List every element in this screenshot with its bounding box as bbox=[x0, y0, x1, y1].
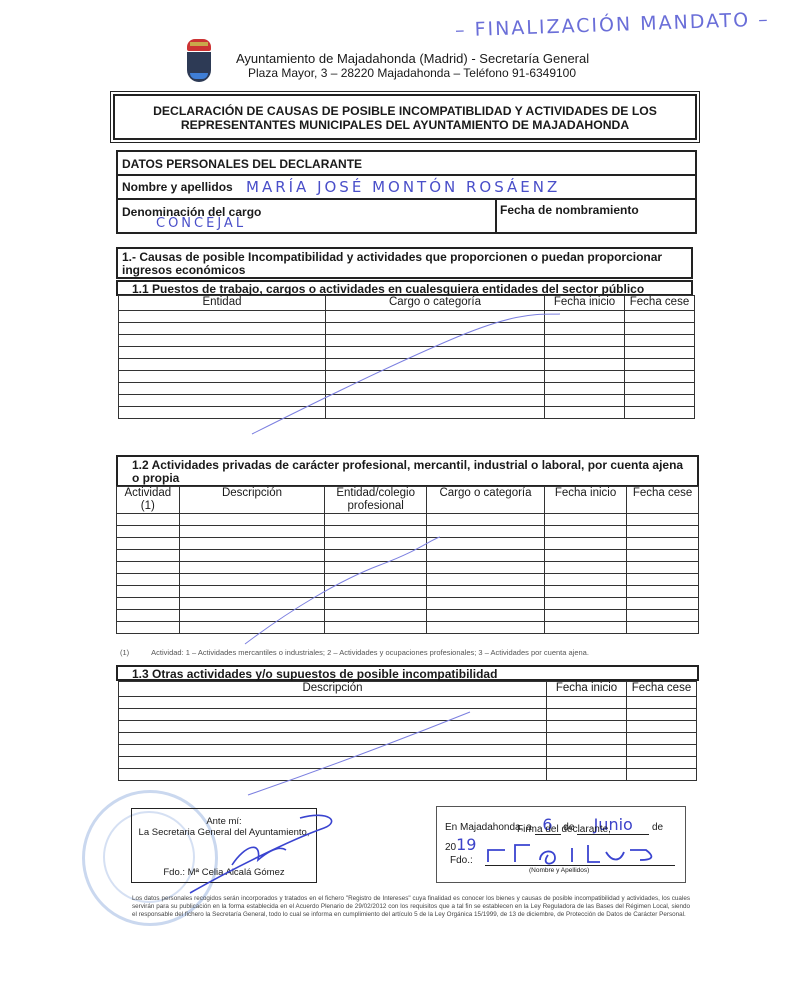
table-cell[interactable] bbox=[119, 311, 326, 323]
table-cell[interactable] bbox=[426, 550, 544, 562]
table-row bbox=[119, 383, 695, 395]
table-cell[interactable] bbox=[545, 562, 627, 574]
table-row bbox=[119, 359, 695, 371]
table-cell[interactable] bbox=[625, 383, 695, 395]
table-cell[interactable] bbox=[119, 347, 326, 359]
table-cell[interactable] bbox=[326, 383, 545, 395]
table-cell[interactable] bbox=[426, 622, 544, 634]
table-cell[interactable] bbox=[119, 395, 326, 407]
table-cell[interactable] bbox=[117, 574, 180, 586]
column-header: Entidad bbox=[119, 296, 326, 311]
table-row bbox=[119, 709, 697, 721]
table-row bbox=[119, 769, 697, 781]
table-cell[interactable] bbox=[547, 769, 627, 781]
column-header: Fecha inicio bbox=[545, 296, 625, 311]
declarant-signature-box: En Majadahonda, a 6 de Junio de 2019 Fir… bbox=[436, 806, 686, 883]
title-line-1: DECLARACIÓN DE CAUSAS DE POSIBLE INCOMPA… bbox=[115, 104, 695, 118]
table-cell[interactable] bbox=[119, 697, 547, 709]
table-cell[interactable] bbox=[325, 610, 427, 622]
table-row bbox=[117, 574, 699, 586]
table-cell[interactable] bbox=[179, 574, 325, 586]
table-cell[interactable] bbox=[547, 697, 627, 709]
table-cell[interactable] bbox=[179, 538, 325, 550]
table-cell[interactable] bbox=[545, 598, 627, 610]
table-cell[interactable] bbox=[545, 622, 627, 634]
table-cell[interactable] bbox=[326, 359, 545, 371]
table-row bbox=[119, 733, 697, 745]
table-cell[interactable] bbox=[326, 371, 545, 383]
table-cell[interactable] bbox=[545, 586, 627, 598]
table-cell[interactable] bbox=[545, 395, 625, 407]
table-cell[interactable] bbox=[426, 586, 544, 598]
column-header: Descripción bbox=[179, 487, 325, 514]
table-cell[interactable] bbox=[625, 395, 695, 407]
title-line-2: REPRESENTANTES MUNICIPALES DEL AYUNTAMIE… bbox=[115, 118, 695, 132]
table-cell[interactable] bbox=[545, 574, 627, 586]
table-row bbox=[117, 586, 699, 598]
table-row bbox=[119, 347, 695, 359]
position-field[interactable]: CONCEJAL bbox=[156, 216, 246, 231]
table-cell[interactable] bbox=[117, 598, 180, 610]
table-cell[interactable] bbox=[119, 383, 326, 395]
table-cell[interactable] bbox=[625, 335, 695, 347]
secretary-signature-box: Ante mí: La Secretaria General del Ayunt… bbox=[131, 808, 317, 883]
table-row bbox=[117, 598, 699, 610]
other-activities-table: DescripciónFecha inicioFecha cese bbox=[118, 681, 697, 781]
table-cell[interactable] bbox=[627, 514, 699, 526]
private-activities-table: Actividad (1)DescripciónEntidad/colegio … bbox=[116, 486, 699, 634]
signature-line[interactable] bbox=[485, 865, 675, 866]
year-field[interactable]: 19 bbox=[456, 835, 476, 854]
table-cell[interactable] bbox=[627, 598, 699, 610]
column-header: Fecha inicio bbox=[547, 682, 627, 697]
column-header: Actividad (1) bbox=[117, 487, 180, 514]
column-header: Fecha cese bbox=[627, 682, 697, 697]
column-header: Cargo o categoría bbox=[326, 296, 545, 311]
table-cell[interactable] bbox=[325, 526, 427, 538]
table-row bbox=[119, 407, 695, 419]
table-cell[interactable] bbox=[627, 733, 697, 745]
section-1-2-heading: 1.2 Actividades privadas de carácter pro… bbox=[116, 455, 699, 487]
header-address: Plaza Mayor, 3 – 28220 Majadahonda – Tel… bbox=[248, 66, 576, 80]
table-cell[interactable] bbox=[545, 538, 627, 550]
table-cell[interactable] bbox=[426, 562, 544, 574]
table-row bbox=[117, 562, 699, 574]
table-cell[interactable] bbox=[325, 622, 427, 634]
table-row bbox=[117, 610, 699, 622]
table-row bbox=[119, 335, 695, 347]
document-title: DECLARACIÓN DE CAUSAS DE POSIBLE INCOMPA… bbox=[113, 94, 697, 140]
table-cell[interactable] bbox=[625, 407, 695, 419]
table-row bbox=[119, 323, 695, 335]
table-cell[interactable] bbox=[117, 550, 180, 562]
table-cell[interactable] bbox=[627, 526, 699, 538]
table-cell[interactable] bbox=[426, 610, 544, 622]
before-me-label: Ante mí: bbox=[132, 816, 316, 827]
table-cell[interactable] bbox=[119, 371, 326, 383]
public-sector-table: EntidadCargo o categoríaFecha inicioFech… bbox=[118, 295, 695, 419]
table-cell[interactable] bbox=[625, 323, 695, 335]
table-cell[interactable] bbox=[627, 709, 697, 721]
table-cell[interactable] bbox=[627, 574, 699, 586]
table-row bbox=[117, 526, 699, 538]
section-1-1-heading: 1.1 Puestos de trabajo, cargos o activid… bbox=[116, 280, 693, 296]
table-cell[interactable] bbox=[325, 562, 427, 574]
table-cell[interactable] bbox=[117, 586, 180, 598]
appointment-date-label: Fecha de nombramiento bbox=[500, 203, 639, 217]
table-cell[interactable] bbox=[326, 311, 545, 323]
column-header: Fecha inicio bbox=[545, 487, 627, 514]
table-cell[interactable] bbox=[326, 395, 545, 407]
table-cell[interactable] bbox=[179, 550, 325, 562]
table-cell[interactable] bbox=[325, 550, 427, 562]
table-cell[interactable] bbox=[547, 721, 627, 733]
table-cell[interactable] bbox=[117, 622, 180, 634]
table-cell[interactable] bbox=[545, 550, 627, 562]
table-row bbox=[119, 371, 695, 383]
table-cell[interactable] bbox=[119, 359, 326, 371]
table-cell[interactable] bbox=[326, 323, 545, 335]
column-header: Fecha cese bbox=[625, 296, 695, 311]
table-row bbox=[117, 622, 699, 634]
table-cell[interactable] bbox=[625, 359, 695, 371]
table-cell[interactable] bbox=[545, 359, 625, 371]
table-cell[interactable] bbox=[179, 514, 325, 526]
table-row bbox=[119, 757, 697, 769]
column-header: Descripción bbox=[119, 682, 547, 697]
table-cell[interactable] bbox=[179, 562, 325, 574]
signature-label: Firma del declarante, bbox=[517, 824, 611, 835]
table-cell[interactable] bbox=[426, 538, 544, 550]
table-cell[interactable] bbox=[547, 709, 627, 721]
table-cell[interactable] bbox=[179, 598, 325, 610]
table-cell[interactable] bbox=[545, 311, 625, 323]
table-cell[interactable] bbox=[325, 538, 427, 550]
secretary-title: La Secretaria General del Ayuntamiento, bbox=[132, 827, 316, 838]
table-cell[interactable] bbox=[627, 550, 699, 562]
personal-data-heading: DATOS PERSONALES DEL DECLARANTE bbox=[122, 157, 362, 171]
table-cell[interactable] bbox=[627, 538, 699, 550]
table-cell[interactable] bbox=[545, 335, 625, 347]
table-cell[interactable] bbox=[627, 721, 697, 733]
table-row bbox=[119, 721, 697, 733]
table-row bbox=[119, 395, 695, 407]
table-cell[interactable] bbox=[179, 622, 325, 634]
table-cell[interactable] bbox=[119, 407, 326, 419]
personal-data-section: DATOS PERSONALES DEL DECLARANTE Nombre y… bbox=[116, 150, 697, 234]
column-header: Entidad/colegio profesional bbox=[325, 487, 427, 514]
table-row bbox=[117, 538, 699, 550]
table-cell[interactable] bbox=[545, 526, 627, 538]
table-cell[interactable] bbox=[545, 514, 627, 526]
table-cell[interactable] bbox=[179, 526, 325, 538]
table-cell[interactable] bbox=[426, 574, 544, 586]
table-row bbox=[119, 311, 695, 323]
table-cell[interactable] bbox=[326, 335, 545, 347]
section-1-3-heading: 1.3 Otras actividades y/o supuestos de p… bbox=[116, 665, 699, 681]
data-protection-notice: Los datos personales recogidos serán inc… bbox=[132, 895, 690, 919]
table-cell[interactable] bbox=[325, 574, 427, 586]
handwritten-annotation: – FINALIZACIÓN MANDATO – bbox=[455, 9, 770, 42]
header-institution: Ayuntamiento de Majadahonda (Madrid) - S… bbox=[236, 51, 589, 66]
column-header: Fecha cese bbox=[627, 487, 699, 514]
footnote-text: Actividad: 1 – Actividades mercantiles o… bbox=[151, 648, 589, 657]
table-cell[interactable] bbox=[625, 311, 695, 323]
table-cell[interactable] bbox=[326, 347, 545, 359]
activity-footnote: (1)Actividad: 1 – Actividades mercantile… bbox=[120, 648, 589, 657]
table-cell[interactable] bbox=[119, 721, 547, 733]
table-cell[interactable] bbox=[547, 757, 627, 769]
table-cell[interactable] bbox=[545, 407, 625, 419]
table-cell[interactable] bbox=[627, 697, 697, 709]
table-cell[interactable] bbox=[545, 323, 625, 335]
table-cell[interactable] bbox=[326, 407, 545, 419]
table-row bbox=[119, 745, 697, 757]
table-cell[interactable] bbox=[119, 335, 326, 347]
table-cell[interactable] bbox=[325, 598, 427, 610]
table-cell[interactable] bbox=[627, 769, 697, 781]
table-cell[interactable] bbox=[627, 562, 699, 574]
table-cell[interactable] bbox=[179, 610, 325, 622]
name-label: Nombre y apellidos bbox=[122, 180, 233, 194]
table-cell[interactable] bbox=[625, 347, 695, 359]
table-cell[interactable] bbox=[119, 709, 547, 721]
table-cell[interactable] bbox=[426, 526, 544, 538]
table-cell[interactable] bbox=[627, 586, 699, 598]
table-cell[interactable] bbox=[547, 745, 627, 757]
table-cell[interactable] bbox=[117, 538, 180, 550]
table-cell[interactable] bbox=[545, 610, 627, 622]
table-cell[interactable] bbox=[117, 526, 180, 538]
table-cell[interactable] bbox=[627, 745, 697, 757]
table-cell[interactable] bbox=[119, 323, 326, 335]
table-cell[interactable] bbox=[325, 586, 427, 598]
column-header: Cargo o categoría bbox=[426, 487, 544, 514]
footnote-marker: (1) bbox=[120, 648, 129, 657]
name-hint: (Nombre y Apellidos) bbox=[529, 867, 589, 874]
fdo-label: Fdo.: bbox=[450, 855, 473, 866]
table-row bbox=[117, 550, 699, 562]
table-cell[interactable] bbox=[547, 733, 627, 745]
table-cell[interactable] bbox=[627, 622, 699, 634]
table-cell[interactable] bbox=[117, 514, 180, 526]
secretary-name: Fdo.: Mª Celia Alcalá Gómez bbox=[132, 867, 316, 878]
table-row bbox=[117, 514, 699, 526]
section-1-heading: 1.- Causas de posible Incompatibilidad y… bbox=[116, 247, 693, 279]
table-cell[interactable] bbox=[426, 514, 544, 526]
table-cell[interactable] bbox=[119, 733, 547, 745]
table-cell[interactable] bbox=[117, 562, 180, 574]
name-field[interactable]: MARÍA JOSÉ MONTÓN ROSÁENZ bbox=[246, 178, 560, 196]
table-cell[interactable] bbox=[119, 769, 547, 781]
municipal-crest-icon bbox=[186, 39, 212, 87]
table-cell[interactable] bbox=[119, 757, 547, 769]
table-cell[interactable] bbox=[627, 757, 697, 769]
table-cell[interactable] bbox=[426, 598, 544, 610]
table-cell[interactable] bbox=[545, 371, 625, 383]
table-cell[interactable] bbox=[627, 610, 699, 622]
table-cell[interactable] bbox=[545, 347, 625, 359]
table-cell[interactable] bbox=[119, 745, 547, 757]
table-row bbox=[119, 697, 697, 709]
table-cell[interactable] bbox=[325, 514, 427, 526]
table-cell[interactable] bbox=[625, 371, 695, 383]
table-cell[interactable] bbox=[179, 586, 325, 598]
table-cell[interactable] bbox=[117, 610, 180, 622]
table-cell[interactable] bbox=[545, 383, 625, 395]
